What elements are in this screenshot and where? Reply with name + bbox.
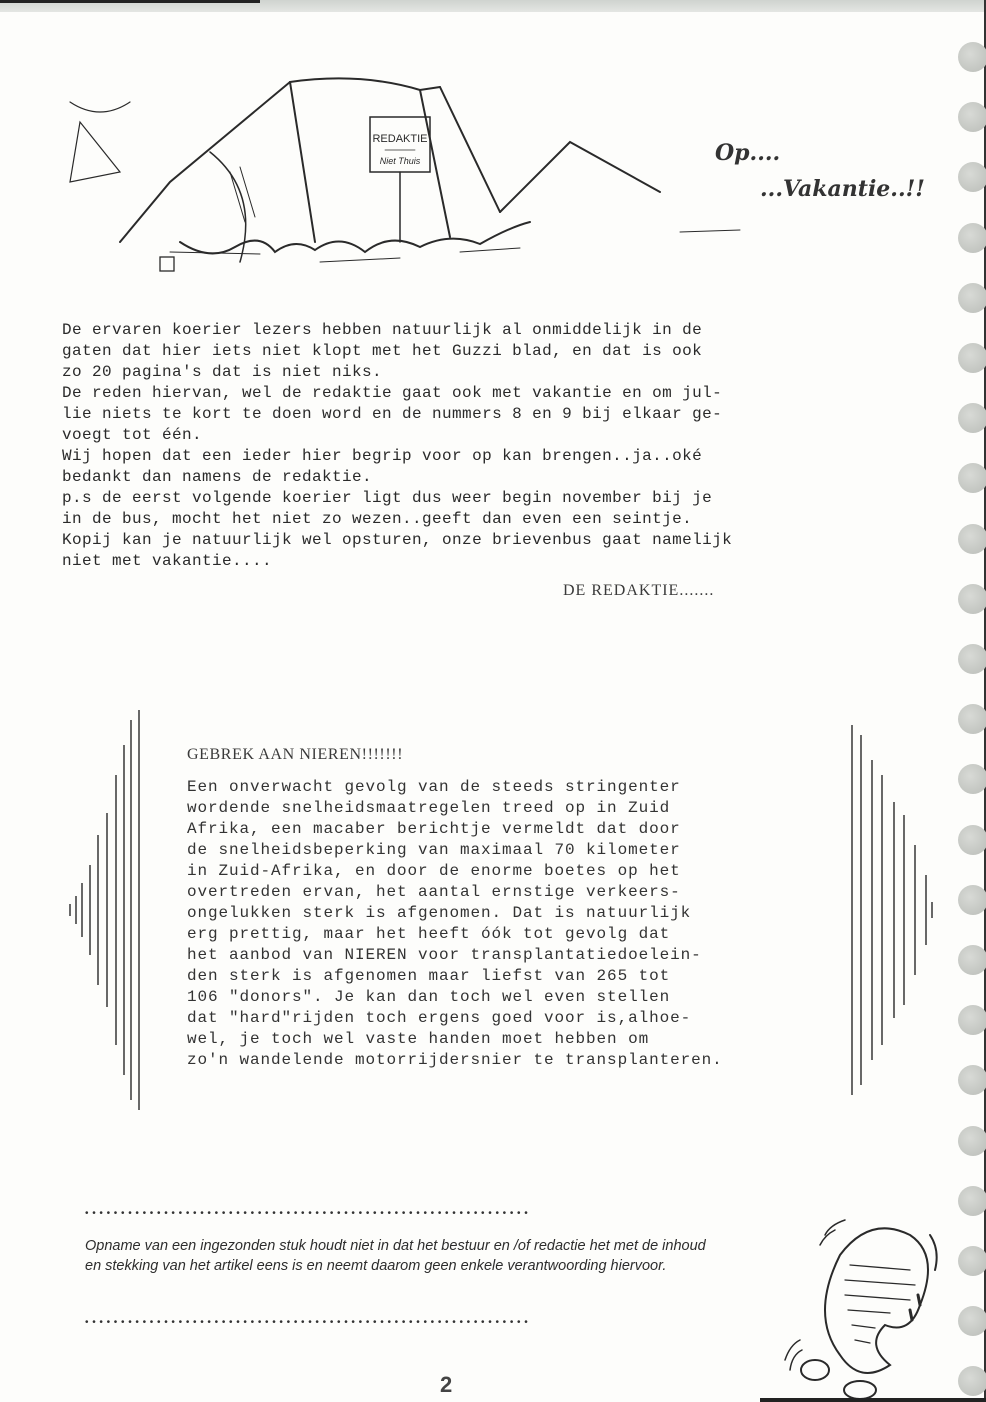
tent-illustration: REDAKTIE Niet Thuis <box>60 62 780 282</box>
sign-line1: REDAKTIE <box>372 133 427 145</box>
article-text: Een onverwacht gevolg van de steeds stri… <box>187 777 837 1071</box>
separator-top: ••••••••••••••••••••••••••••••••••••••••… <box>85 1208 715 1219</box>
article-title: GEBREK AAN NIEREN!!!!!!! <box>187 746 403 764</box>
binding-hole <box>958 644 986 674</box>
binding-hole <box>958 524 986 554</box>
binding-hole <box>958 945 986 975</box>
binding-hole <box>958 704 986 734</box>
scan-bottom-edge <box>760 1398 986 1402</box>
binding-hole <box>958 1126 986 1156</box>
separator-bottom: ••••••••••••••••••••••••••••••••••••••••… <box>85 1317 715 1328</box>
kidney-cartoon <box>770 1195 970 1400</box>
binding-hole <box>958 343 986 373</box>
binding-hole <box>958 403 986 433</box>
caption-op: Op.... <box>715 140 780 166</box>
editorial-signature: DE REDAKTIE....... <box>563 582 714 600</box>
editorial-text: De ervaren koerier lezers hebben natuurl… <box>62 320 922 572</box>
binding-hole <box>958 463 986 493</box>
binding-hole <box>958 764 986 794</box>
binding-hole <box>958 223 986 253</box>
binding-hole <box>958 1065 986 1095</box>
caption-vakantie: ...Vakantie..!! <box>760 176 925 202</box>
binding-hole <box>958 102 986 132</box>
binding-hole <box>958 584 986 614</box>
binding-hole <box>958 825 986 855</box>
decorative-lines-right <box>830 700 950 1120</box>
binding-hole <box>958 1005 986 1035</box>
decorative-lines-left <box>40 700 160 1120</box>
binding-hole <box>958 42 986 72</box>
binding-hole <box>958 162 986 192</box>
binding-hole <box>958 283 986 313</box>
scan-edge <box>0 0 260 3</box>
scan-top-strip <box>0 0 986 12</box>
disclaimer-text: Opname van een ingezonden stuk houdt nie… <box>85 1236 725 1276</box>
page-number: 2 <box>440 1372 452 1398</box>
binding-hole <box>958 885 986 915</box>
sign-line2: Niet Thuis <box>380 156 421 166</box>
